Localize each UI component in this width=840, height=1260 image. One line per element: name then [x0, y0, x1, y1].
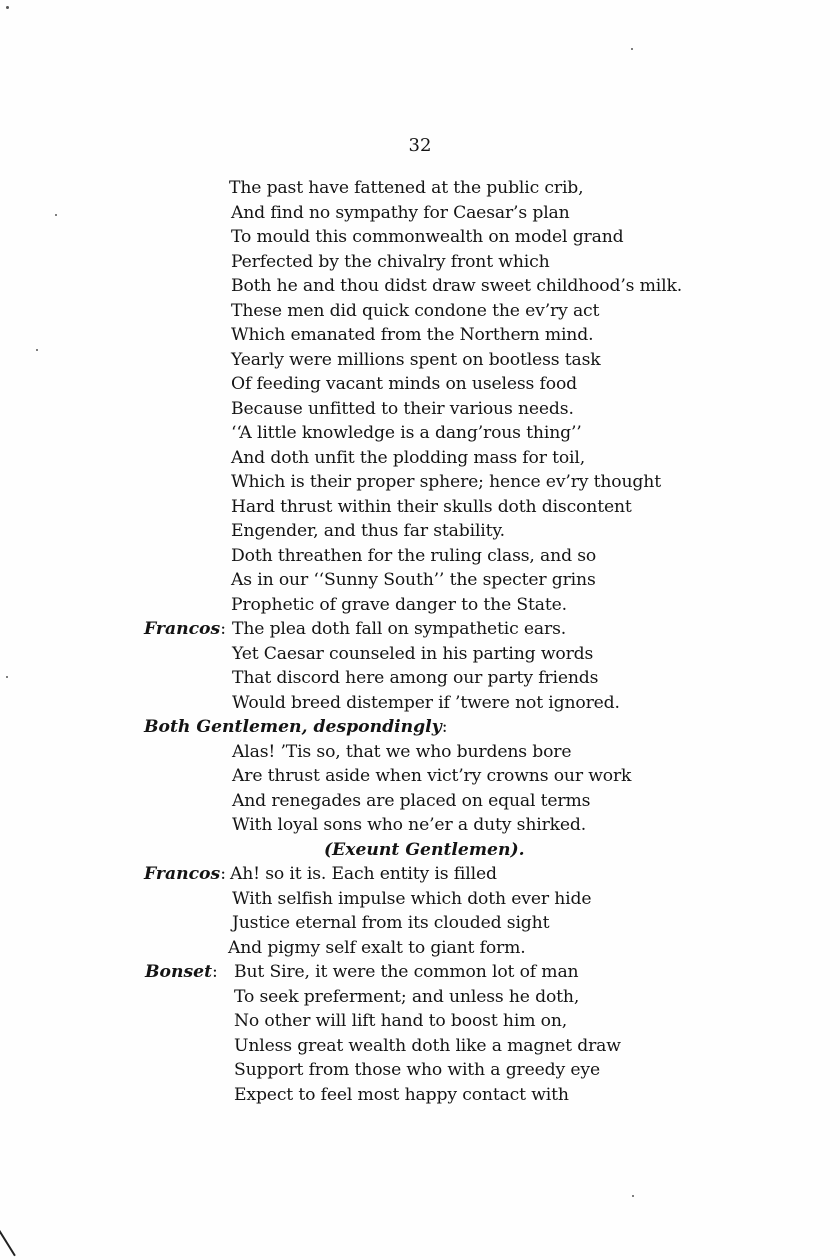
- verse-line: Justice eternal from its clouded sight: [232, 911, 549, 935]
- verse-line: And renegades are placed on equal terms: [232, 789, 590, 813]
- verse-line: Because unfitted to their various needs.: [231, 397, 574, 421]
- verse-line: Both he and thou didst draw sweet childh…: [231, 274, 682, 298]
- verse-line: And find no sympathy for Caesar’s plan: [231, 201, 570, 225]
- verse-line: The plea doth fall on sympathetic ears.: [232, 617, 566, 641]
- verse-line: To seek preferment; and unless he doth,: [234, 985, 579, 1009]
- verse-line: But Sire, it were the common lot of man: [234, 960, 578, 984]
- stage-direction: (Exeunt Gentlemen).: [324, 838, 525, 862]
- page-number: 32: [0, 135, 840, 156]
- scan-speck: [36, 349, 38, 351]
- verse-line: With selfish impulse which doth ever hid…: [232, 887, 591, 911]
- verse-line: ‘‘A little knowledge is a dang’rous thin…: [231, 421, 582, 445]
- verse-line: Alas! ’Tis so, that we who burdens bore: [232, 740, 571, 764]
- verse-line: Support from those who with a greedy eye: [234, 1058, 600, 1082]
- scan-speck: [55, 214, 57, 216]
- verse-line: These men did quick condone the ev’ry ac…: [231, 299, 599, 323]
- verse-line: Prophetic of grave danger to the State.: [231, 593, 567, 617]
- verse-line: Of feeding vacant minds on useless food: [231, 372, 577, 396]
- verse-line: Hard thrust within their skulls doth dis…: [231, 495, 632, 519]
- scan-speck: [631, 48, 633, 50]
- verse-line: Expect to feel most happy contact with: [234, 1083, 569, 1107]
- verse-line: And pigmy self exalt to giant form.: [228, 936, 526, 960]
- verse-line: And doth unfit the plodding mass for toi…: [231, 446, 585, 470]
- verse-line: Yearly were millions spent on bootless t…: [231, 348, 601, 372]
- speaker-label: Francos:: [144, 862, 226, 886]
- verse-line: With loyal sons who ne’er a duty shirked…: [232, 813, 586, 837]
- verse-line: That discord here among our party friend…: [232, 666, 598, 690]
- verse-line: Ah! so it is. Each entity is filled: [230, 862, 497, 886]
- verse-line: Unless great wealth doth like a magnet d…: [234, 1034, 621, 1058]
- verse-line: No other will lift hand to boost him on,: [234, 1009, 567, 1033]
- verse-line: The past have fattened at the public cri…: [229, 176, 583, 200]
- book-page: 32 The past have fattened at the public …: [0, 0, 840, 1260]
- scan-speck: [6, 676, 8, 678]
- verse-line: Perfected by the chivalry front which: [231, 250, 550, 274]
- scan-speck: [632, 1195, 634, 1197]
- scan-mark: [0, 1230, 16, 1257]
- verse-line: Are thrust aside when vict’ry crowns our…: [232, 764, 631, 788]
- scan-speck: [6, 6, 9, 9]
- verse-line: Would breed distemper if ’twere not igno…: [232, 691, 620, 715]
- speaker-label: Bonset:: [145, 960, 218, 984]
- verse-line: To mould this commonwealth on model gran…: [231, 225, 623, 249]
- verse-line: As in our ‘‘Sunny South’’ the specter gr…: [231, 568, 596, 592]
- verse-line: Which is their proper sphere; hence ev’r…: [231, 470, 661, 494]
- verse-line: Yet Caesar counseled in his parting word…: [232, 642, 593, 666]
- speaker-heading: Both Gentlemen, despondingly:: [144, 715, 448, 739]
- speaker-label: Francos:: [144, 617, 226, 641]
- verse-line: Engender, and thus far stability.: [231, 519, 505, 543]
- verse-line: Doth threathen for the ruling class, and…: [231, 544, 596, 568]
- verse-line: Which emanated from the Northern mind.: [231, 323, 593, 347]
